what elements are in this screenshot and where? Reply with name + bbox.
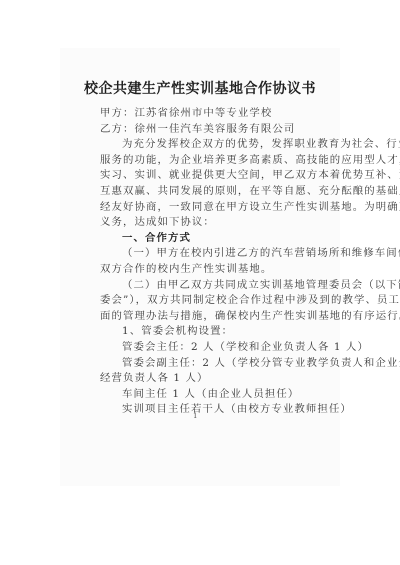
role-line: 管委会主任：2 人（学校和企业负责人各 1 人） — [100, 340, 306, 356]
clause-2-line: （二）由甲乙双方共同成立实训基地管理委员会（以下简称“管 — [100, 278, 306, 294]
intro-line: 互惠双赢、共同发展的原则，在平等自愿、充分酝酿的基础上，双方 — [100, 184, 306, 200]
intro-line: 实习、实训、就业提供更大空间，甲乙双方本着优势互补、资源共享、 — [100, 168, 306, 184]
intro-line: 经友好协商，一致同意在甲方设立生产性实训基地。为明确双方权利 — [100, 200, 306, 216]
document-body: 甲方：江苏省徐州市中等专业学校 乙方：徐州一佳汽车美容服务有限公司 为充分发挥校… — [100, 106, 306, 418]
clause-1-line: （一）甲方在校内引进乙方的汽车营销场所和维修车间作为甲乙 — [100, 246, 306, 262]
role-line: 实训项目主任若干人（由校方专业教师担任） — [100, 402, 306, 418]
clause-1-line: 双方合作的校内生产性实训基地。 — [100, 262, 306, 278]
intro-line: 服务的功能，为企业培养更多高素质、高技能的应用型人才，为学生 — [100, 153, 306, 169]
party-a: 甲方：江苏省徐州市中等专业学校 — [100, 106, 306, 122]
clause-2-line: 面的管理办法与措施，确保校内生产性实训基地的有序运行。 — [100, 309, 306, 325]
role-line: 管委会副主任：2 人（学校分管专业教学负责人和企业分管生产 — [100, 356, 306, 372]
intro-line: 义务，达成如下协议： — [100, 215, 306, 231]
subsection-committee-setup: 1、管委会机构设置： — [100, 324, 306, 340]
party-b: 乙方：徐州一佳汽车美容服务有限公司 — [100, 122, 306, 138]
section-heading-cooperation: 一、合作方式 — [100, 231, 306, 247]
role-line: 车间主任 1 人（由企业人员担任） — [100, 387, 306, 403]
clause-2-line: 委会”），双方共同制定校企合作过程中涉及到的教学、员工培训等方 — [100, 293, 306, 309]
role-line: 经营负责人各 1 人） — [100, 371, 306, 387]
intro-line: 为充分发挥校企双方的优势，发挥职业教育为社会、行业、企业 — [100, 137, 306, 153]
document-title: 校企共建生产性实训基地合作协议书 — [0, 80, 400, 98]
page-number: 1 — [193, 412, 197, 420]
